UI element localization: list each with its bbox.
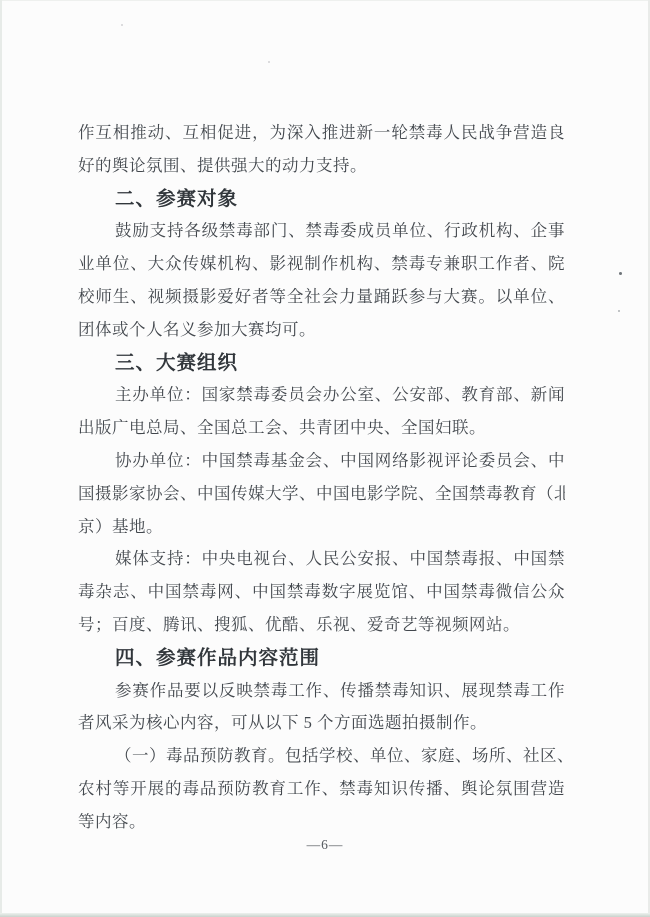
text-line: 校师生、视频摄影爱好者等全社会力量踊跃参与大赛。以单位、 <box>78 281 565 314</box>
scanned-document-page: 作互相推动、互相促进，为深入推进新一轮禁毒人民战争营造良 好的舆论氛围、提供强大… <box>0 0 650 917</box>
text-line: 毒杂志、中国禁毒网、中国禁毒数字展览馆、中国禁毒微信公众 <box>78 576 565 609</box>
scan-edge-left <box>0 0 2 917</box>
text-line: 好的舆论氛围、提供强大的动力支持。 <box>78 150 565 183</box>
section-heading-3: 三、大赛组织 <box>78 347 565 380</box>
page-number: —6— <box>0 836 650 854</box>
scan-speck <box>619 272 622 275</box>
scan-speck <box>268 61 270 63</box>
text-line: 作互相推动、互相促进，为深入推进新一轮禁毒人民战争营造良 <box>78 117 565 150</box>
text-line: 农村等开展的毒品预防教育工作、禁毒知识传播、舆论氛围营造 <box>78 773 565 806</box>
text-line: 团体或个人名义参加大赛均可。 <box>78 314 565 347</box>
document-body: 作互相推动、互相促进，为深入推进新一轮禁毒人民战争营造良 好的舆论氛围、提供强大… <box>78 117 565 839</box>
text-line: 号；百度、腾讯、搜狐、优酷、乐视、爱奇艺等视频网站。 <box>78 609 565 642</box>
scan-edge-bottom <box>0 913 650 917</box>
text-line: 业单位、大众传媒机构、影视制作机构、禁毒专兼职工作者、院 <box>78 248 565 281</box>
text-line: 主办单位：国家禁毒委员会办公室、公安部、教育部、新闻 <box>78 379 565 412</box>
section-heading-2: 二、参赛对象 <box>78 183 565 216</box>
scan-speck <box>121 24 123 26</box>
text-line: （一）毒品预防教育。包括学校、单位、家庭、场所、社区、 <box>78 740 565 773</box>
text-line: 协办单位：中国禁毒基金会、中国网络影视评论委员会、中 <box>78 445 565 478</box>
text-line: 出版广电总局、全国总工会、共青团中央、全国妇联。 <box>78 412 565 445</box>
text-line: 京）基地。 <box>78 511 565 544</box>
text-line: 国摄影家协会、中国传媒大学、中国电影学院、全国禁毒教育（北 <box>78 478 565 511</box>
text-line: 者风采为核心内容，可从以下 5 个方面选题拍摄制作。 <box>78 707 565 740</box>
text-line: 鼓励支持各级禁毒部门、禁毒委成员单位、行政机构、企事 <box>78 215 565 248</box>
section-heading-4: 四、参赛作品内容范围 <box>78 642 565 675</box>
text-line: 参赛作品要以反映禁毒工作、传播禁毒知识、展现禁毒工作 <box>78 675 565 708</box>
scan-edge-top <box>0 0 650 1</box>
scan-speck <box>618 310 620 312</box>
text-line: 媒体支持：中央电视台、人民公安报、中国禁毒报、中国禁 <box>78 543 565 576</box>
text-line: 等内容。 <box>78 806 565 839</box>
